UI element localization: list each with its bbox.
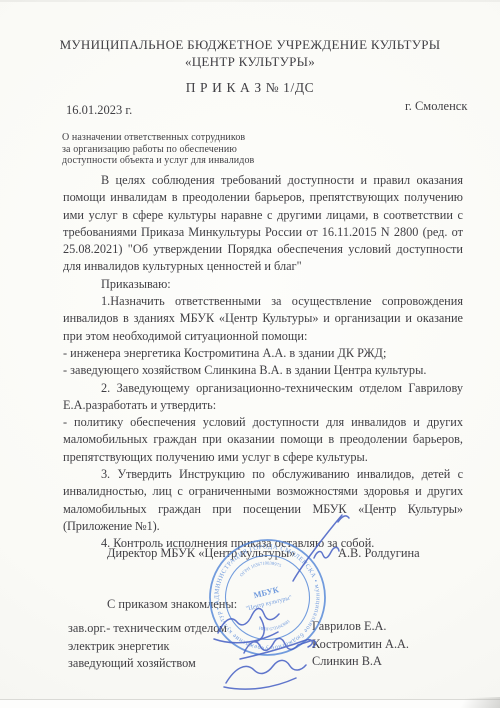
- scan-corner-smudge: [438, 697, 500, 708]
- director-signature: [293, 515, 349, 581]
- order-number-title: П Р И К А З № 1/ДС: [0, 80, 500, 96]
- paragraph-prikaz-word: Приказываю:: [63, 276, 463, 293]
- org-name-line-1: МУНИЦИПАЛЬНОЕ БЮДЖЕТНОЕ УЧРЕЖДЕНИЕ КУЛЬТ…: [0, 37, 500, 53]
- org-name-line-2: «ЦЕНТР КУЛЬТУРЫ»: [0, 54, 500, 70]
- order-city: г. Смоленск: [405, 99, 467, 114]
- slinkin-signature: [224, 660, 306, 689]
- paragraph-item-1: 1.Назначить ответственными за осуществле…: [63, 293, 463, 345]
- gavrilov-signature: [214, 608, 279, 642]
- paragraph-item-1-sub-2: - заведующего хозяйством Слинкина В.А. в…: [63, 362, 463, 379]
- order-date: 16.01.2023 г.: [66, 103, 132, 118]
- subject-line-3: доступности объекта и услуг для инвалидо…: [62, 155, 254, 167]
- paragraph-preamble: В целях соблюдения требований доступност…: [63, 172, 463, 276]
- subject-line-1: О назначении ответственных сотрудников: [62, 132, 254, 144]
- scan-top-edge: [0, 0, 500, 2]
- subject-line-2: за организацию работы по обеспечению: [62, 144, 254, 156]
- scan-bottom-strip: [0, 700, 500, 708]
- paragraph-item-1-sub-1: - инженера энергетика Костромитина А.А. …: [63, 345, 463, 362]
- paragraph-item-2-sub-1: - политику обеспечения условий доступнос…: [63, 414, 463, 466]
- handwritten-signatures-layer: [180, 495, 400, 705]
- subject-block: О назначении ответственных сотрудников з…: [62, 132, 254, 167]
- ack-position-2: электрик энергетик: [68, 639, 170, 654]
- paragraph-item-2: 2. Заведующему организационно-технически…: [63, 380, 463, 415]
- scanned-order-document: МУНИЦИПАЛЬНОЕ БЮДЖЕТНОЕ УЧРЕЖДЕНИЕ КУЛЬТ…: [0, 0, 500, 708]
- ack-position-3: заведующий хозяйством: [68, 656, 196, 671]
